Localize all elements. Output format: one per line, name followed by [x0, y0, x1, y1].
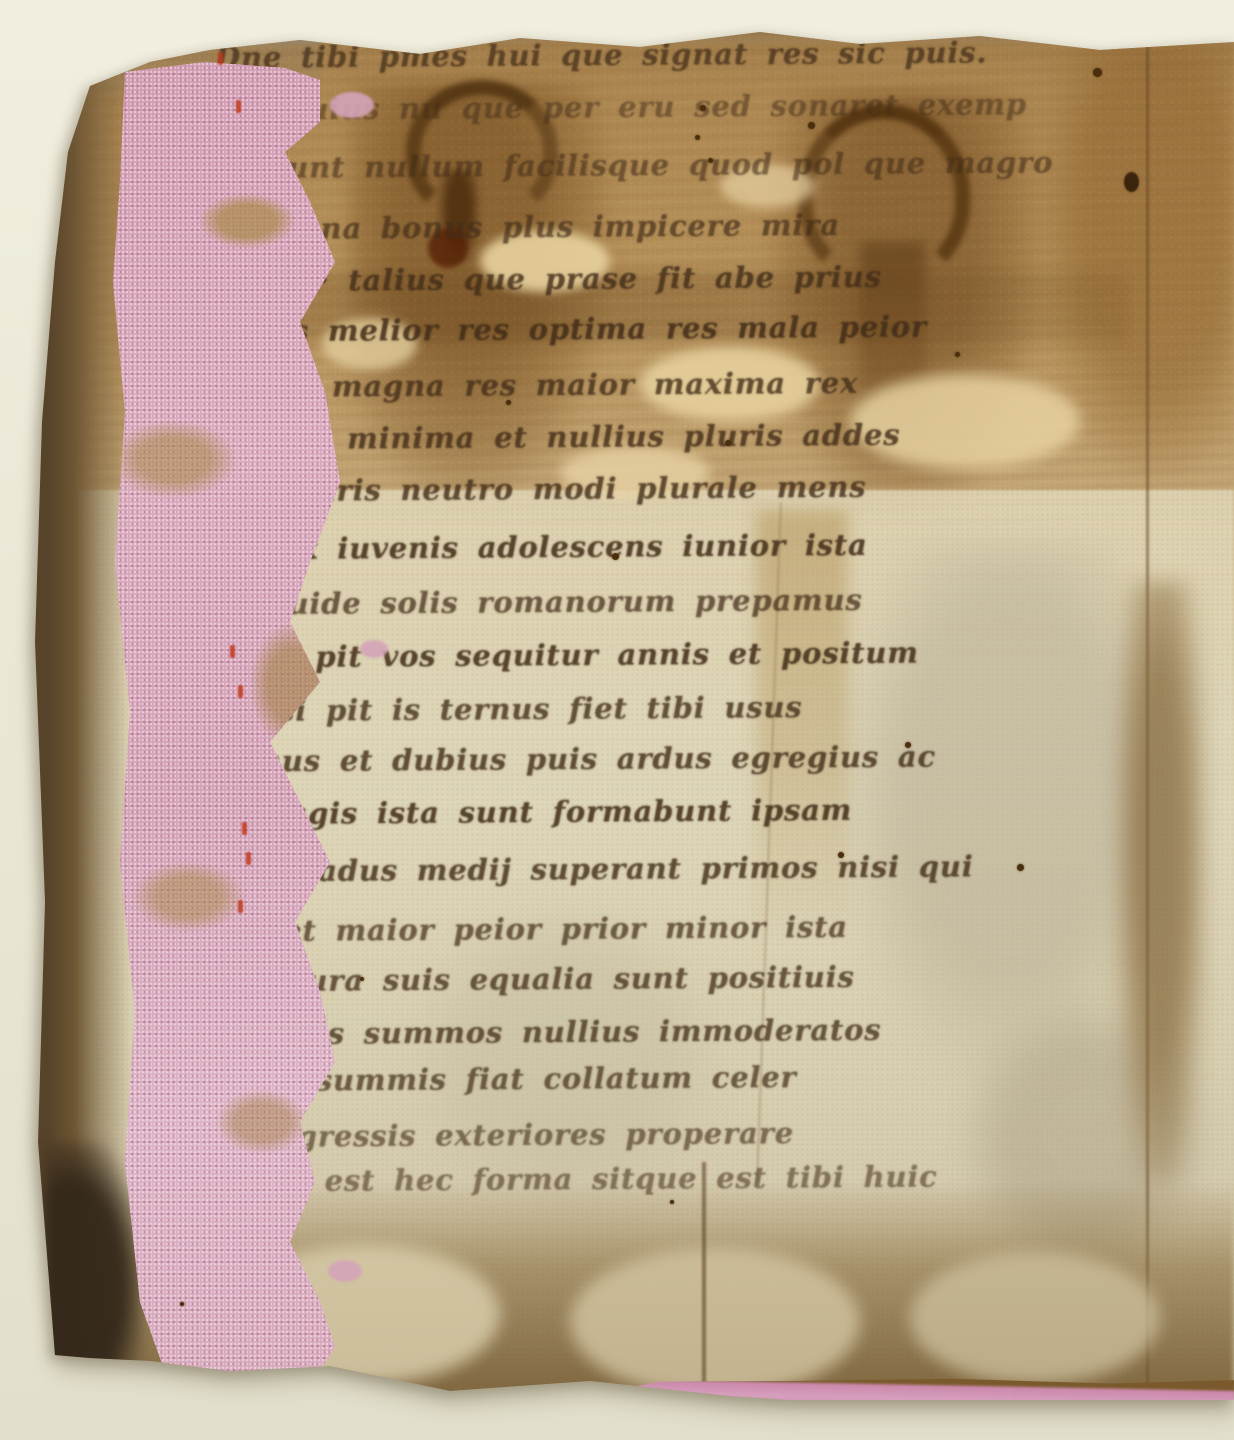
wormhole	[1017, 864, 1024, 871]
grey-mottle	[960, 1002, 1210, 1272]
text-line: sequide solis romanorum prepamus	[230, 583, 863, 621]
text-line: eunt nullum facilisque quod pol que magr…	[268, 145, 1054, 184]
wormhole	[360, 977, 364, 981]
wormhole	[1124, 172, 1139, 192]
crease-line-center	[702, 1162, 706, 1398]
red-rubrication-mark	[242, 822, 247, 835]
wormhole	[808, 122, 815, 129]
red-rubrication-mark	[238, 900, 243, 913]
red-rubrication-mark	[236, 100, 241, 113]
wormhole	[506, 400, 511, 405]
wormhole	[700, 105, 706, 111]
crease-stain-right	[1118, 582, 1204, 1182]
parchment-surface: Dne tibi pmes hui que signat res sic pui…	[30, 22, 1234, 1400]
pink-patch	[360, 640, 388, 658]
wormhole	[695, 135, 700, 140]
wormhole	[905, 742, 911, 748]
red-rubrication-mark	[230, 645, 235, 658]
red-rubrication-mark	[246, 852, 251, 865]
wormhole	[1093, 68, 1102, 77]
text-line: enex iuvenis adolescens iunior ista	[240, 528, 868, 566]
parchment-fragment: Dne tibi pmes hui que signat res sic pui…	[30, 22, 1234, 1400]
red-rubrication-mark	[238, 685, 243, 698]
pink-patch	[330, 92, 374, 118]
text-line: illanus et dubius puis ardus egregius ac	[205, 739, 936, 778]
wormhole	[725, 440, 731, 446]
bottom-light-patch	[570, 1248, 860, 1396]
wormhole	[612, 553, 619, 560]
text-line: or et maior peior prior minor ista	[228, 910, 848, 948]
wormhole	[838, 852, 844, 858]
text-line: e si pit is ternus fiet tibi usus	[240, 690, 803, 728]
bottom-light-patch	[910, 1252, 1160, 1384]
wormhole	[708, 158, 713, 163]
pink-bottom-sliver	[610, 1368, 1234, 1400]
arch-stain-right	[798, 104, 970, 286]
wormhole	[180, 1302, 184, 1306]
stain-right-edge-upper	[1040, 42, 1234, 482]
crease-line-right	[1146, 32, 1149, 1398]
text-line: Dar huius nu que per eru sed sonaret exe…	[205, 87, 1027, 127]
text-line: a plura suis equalia sunt positiuis	[235, 960, 855, 998]
left-edge-dark	[30, 42, 130, 1392]
red-rubrication-mark	[218, 52, 223, 65]
pink-patch	[328, 1260, 362, 1282]
manuscript-photo: Dne tibi pmes hui que signat res sic pui…	[0, 0, 1234, 1440]
text-line: ua rz est hec forma sitque est tibi huic	[212, 1159, 938, 1198]
text-line: Dne tibi pmes hui que signat res sic pui…	[215, 35, 987, 74]
text-line: a res melior res optima res mala peior	[218, 310, 927, 349]
wormhole	[670, 1200, 674, 1204]
grey-mottle	[840, 542, 1180, 1082]
text-line: ul si pit vos sequitur annis et positum	[215, 636, 919, 675]
wormhole	[955, 352, 960, 357]
